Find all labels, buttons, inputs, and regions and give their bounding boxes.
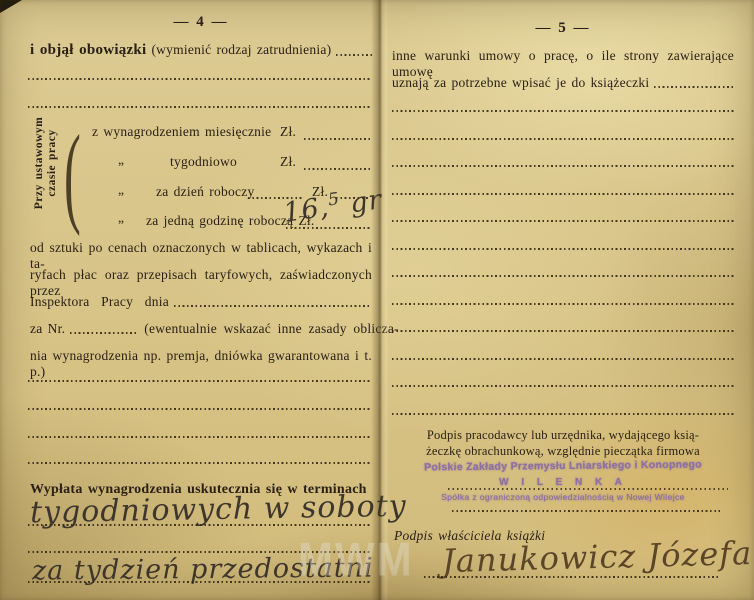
fill-in-line bbox=[392, 193, 734, 195]
fill-in-line bbox=[174, 305, 372, 307]
intro-line-2: uznają za potrzebne wpisać je do książec… bbox=[392, 75, 734, 91]
employer-caption-line1: Podpis pracodawcy lub urzędnika, wydając… bbox=[427, 428, 699, 442]
ditto-mark: „ bbox=[118, 210, 124, 226]
fill-in-line bbox=[28, 408, 372, 410]
company-stamp-line1: Polskie Zakłady Przemysłu Lniarskiego i … bbox=[390, 458, 736, 474]
scan-corner-artifact bbox=[0, 0, 22, 13]
fill-in-line bbox=[392, 138, 734, 140]
company-stamp-line2: W I L E N K A bbox=[390, 477, 736, 488]
paragraph-line: nia wynagrodzenia np. premja, dniówka gw… bbox=[30, 348, 372, 380]
currency-label: Zł. bbox=[280, 124, 296, 140]
fill-in-line bbox=[392, 220, 734, 222]
fill-in-line bbox=[392, 413, 734, 415]
paragraph-line-prefix: za Nr. bbox=[30, 321, 65, 337]
rate-main: 16, bbox=[281, 192, 331, 229]
fill-in-line bbox=[28, 462, 372, 464]
fill-in-line bbox=[28, 436, 372, 438]
wage-row-label: z wynagrodzeniem miesięcznie bbox=[92, 124, 271, 140]
page-5: — 5 — inne warunki umowy o pracę, o ile … bbox=[390, 0, 736, 600]
ditto-mark: „ bbox=[118, 182, 124, 198]
fill-in-line bbox=[304, 168, 370, 170]
wage-row-label: tygodniowo bbox=[170, 154, 237, 170]
ditto-mark: „ bbox=[118, 152, 124, 168]
fill-in-line bbox=[392, 330, 734, 332]
fill-in-line bbox=[392, 303, 734, 305]
fill-in-line bbox=[424, 576, 720, 578]
fill-in-line bbox=[304, 138, 370, 140]
duties-heading-bold: i objął obowiązki bbox=[30, 42, 146, 59]
handwritten-hourly-rate: 16,5 gr bbox=[281, 183, 384, 229]
fill-in-line bbox=[336, 54, 372, 56]
fill-in-line bbox=[392, 110, 734, 112]
fill-in-line bbox=[70, 332, 136, 334]
intro-line-text: uznają za potrzebne wpisać je do książec… bbox=[392, 75, 649, 91]
fill-in-line bbox=[392, 275, 734, 277]
paragraph-line-text: Inspektora Pracy dnia bbox=[30, 294, 169, 310]
rate-superscript: 5 bbox=[327, 189, 341, 210]
book-spine-crease bbox=[371, 0, 389, 600]
page-number-right: — 5 — bbox=[390, 20, 736, 37]
page-number-left: — 4 — bbox=[28, 14, 374, 31]
fill-in-line bbox=[392, 248, 734, 250]
company-stamp-line3: Spółka z ograniczoną odpowiedzialnością … bbox=[390, 492, 736, 502]
fill-in-line bbox=[654, 86, 734, 88]
page-4: — 4 — i objął obowiązki (wymienić rodzaj… bbox=[28, 0, 374, 600]
scan-watermark: MWM bbox=[298, 533, 448, 587]
fill-in-line bbox=[28, 524, 372, 526]
fill-in-line bbox=[448, 488, 728, 490]
wage-row-label: za dzień roboczy bbox=[156, 184, 254, 200]
blank-lines-block bbox=[392, 110, 734, 415]
duties-heading-note: (wymienić rodzaj zatrudnienia) bbox=[151, 42, 331, 58]
scanned-booklet-spread: — 4 — i objął obowiązki (wymienić rodzaj… bbox=[0, 0, 754, 600]
fill-in-line bbox=[452, 510, 720, 512]
wage-side-label-line1: Przy ustawowym bbox=[33, 117, 45, 210]
fill-in-line bbox=[392, 385, 734, 387]
paragraph-line-suffix: (ewentualnie wskazać inne zasady oblicza… bbox=[144, 321, 399, 337]
duties-heading-line: i objął obowiązki (wymienić rodzaj zatru… bbox=[30, 42, 372, 59]
fill-in-line bbox=[28, 106, 372, 108]
wage-side-label-line2: czasie pracy bbox=[46, 129, 58, 196]
employer-signature-caption: Podpis pracodawcy lub urzędnika, wydając… bbox=[390, 428, 736, 459]
fill-in-line bbox=[286, 227, 370, 229]
brace-decoration bbox=[64, 116, 81, 234]
wage-row-label-text: za jedną godzinę roboczą bbox=[146, 213, 293, 228]
fill-in-line bbox=[28, 78, 372, 80]
wage-side-label: Przy ustawowym czasie pracy bbox=[33, 98, 59, 228]
owner-signature-handwritten: Janukowicz Józefa bbox=[442, 534, 753, 580]
fill-in-line bbox=[392, 358, 734, 360]
employer-caption-line2: żeczkę obrachunkową, względnie pieczątka… bbox=[426, 444, 700, 458]
fill-in-line bbox=[28, 380, 372, 382]
fill-in-line bbox=[392, 165, 734, 167]
currency-label: Zł. bbox=[280, 154, 296, 170]
paragraph-line-inspector: Inspektora Pracy dnia bbox=[30, 294, 372, 310]
paragraph-line-nr: za Nr. (ewentualnie wskazać inne zasady … bbox=[30, 321, 372, 337]
